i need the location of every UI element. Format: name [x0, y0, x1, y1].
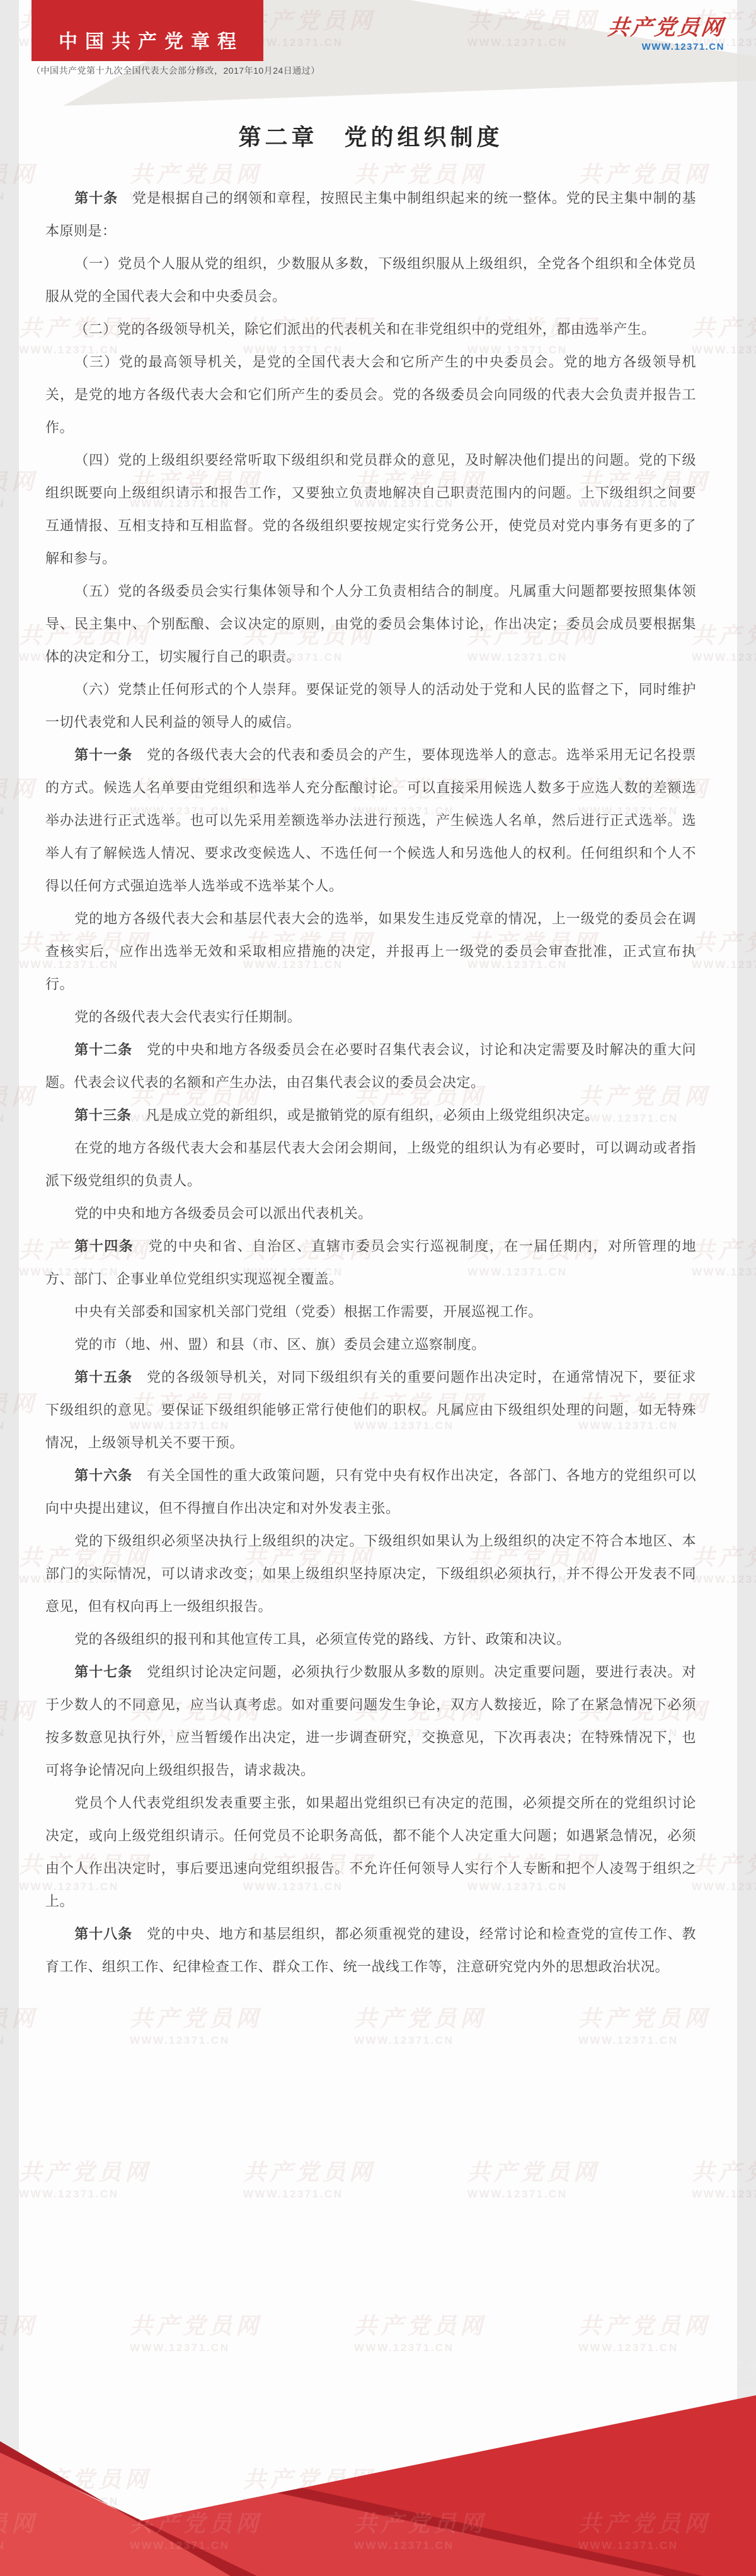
site-logo[interactable]: 共产党员网 WWW.12371.CN: [608, 10, 724, 52]
site-logo-url: WWW.12371.CN: [608, 42, 724, 52]
article-number: 第十一条: [74, 747, 132, 763]
article-paragraph: 第十六条 有关全国性的重大政策问题，只有党中央有权作出决定，各部门、各地方的党组…: [45, 1459, 696, 1525]
article-paragraph: （三）党的最高领导机关，是党的全国代表大会和它所产生的中央委员会。党的地方各级领…: [45, 346, 696, 444]
watermark-tile: 共产党员网WWW.12371.CN: [692, 2356, 756, 2398]
article-paragraph: 党的地方各级代表大会和基层代表大会的选举，如果发生违反党章的情况，上一级党的委员…: [45, 903, 696, 1001]
site-logo-calligraphy: 共产党员网: [606, 10, 726, 41]
article-paragraph: 党的各级代表大会代表实行任期制。: [45, 1001, 696, 1034]
document-title: 中国共产党章程: [51, 26, 244, 54]
article-number: 第十六条: [74, 1468, 132, 1483]
chapter-title: 第二章 党的组织制度: [45, 120, 696, 152]
article-paragraph: 在党的地方各级代表大会和基层代表大会闭会期间，上级党的组织认为有必要时，可以调动…: [45, 1132, 696, 1197]
article-number: 第十二条: [74, 1042, 132, 1057]
page: 共产党员网WWW.12371.CN共产党员网WWW.12371.CN共产党员网W…: [0, 0, 756, 2576]
article-paragraph: （四）党的上级组织要经常听取下级组织和党员群众的意见，及时解决他们提出的问题。党…: [45, 444, 696, 575]
article-number: 第十五条: [74, 1369, 132, 1385]
article-paragraph: 第十三条 凡是成立党的新组织，或是撤销党的原有组织，必须由上级党组织决定。: [45, 1099, 696, 1132]
article-paragraph: 党的市（地、州、盟）和县（市、区、旗）委员会建立巡察制度。: [45, 1328, 696, 1361]
watermark-tile: 共产党员网WWW.12371.CN: [467, 2356, 600, 2398]
article-paragraph: 党的各级组织的报刊和其他宣传工具，必须宣传党的路线、方针、政策和决议。: [45, 1623, 696, 1656]
article-paragraph: 第十条 党是根据自己的纲领和章程，按照民主集中制组织起来的统一整体。党的民主集中…: [45, 182, 696, 248]
article-number: 第十条: [74, 190, 118, 206]
watermark-tile: 共产党员网WWW.12371.CN: [243, 2356, 375, 2398]
article-paragraph: 党员个人代表党组织发表重要主张，如果超出党组织已有决定的范围，必须提交所在的党组…: [45, 1787, 696, 1918]
article-number: 第十四条: [74, 1238, 134, 1254]
article-paragraph: 第十四条 党的中央和省、自治区、直辖市委员会实行巡视制度，在一届任期内，对所管理…: [45, 1230, 696, 1296]
article-paragraph: 第十七条 党组织讨论决定问题，必须执行少数服从多数的原则。决定重要问题，要进行表…: [45, 1656, 696, 1787]
article-paragraph: （六）党禁止任何形式的个人崇拜。要保证党的领导人的活动处于党和人民的监督之下，同…: [45, 673, 696, 739]
article-paragraph: 党的中央和地方各级委员会可以派出代表机关。: [45, 1197, 696, 1230]
article-paragraph: （五）党的各级委员会实行集体领导和个人分工负责相结合的制度。凡属重大问题都要按照…: [45, 575, 696, 673]
article-paragraph: 第十五条 党的各级领导机关，对同下级组织有关的重要问题作出决定时，在通常情况下，…: [45, 1361, 696, 1459]
watermark-tile: 共产党员网WWW.12371.CN: [19, 2356, 151, 2398]
article-number: 第十八条: [74, 1926, 132, 1942]
document-content: 第二章 党的组织制度 第十条 党是根据自己的纲领和章程，按照民主集中制组织起来的…: [45, 120, 696, 1983]
article-paragraph: 第十八条 党的中央、地方和基层组织，都必须重视党的建设，经常讨论和检查党的宣传工…: [45, 1918, 696, 1983]
article-list: 第十条 党是根据自己的纲领和章程，按照民主集中制组织起来的统一整体。党的民主集中…: [45, 182, 696, 1983]
article-paragraph: 中央有关部委和国家机关部门党组（党委）根据工作需要，开展巡视工作。: [45, 1296, 696, 1328]
article-paragraph: （一）党员个人服从党的组织，少数服从多数，下级组织服从上级组织，全党各个组织和全…: [45, 248, 696, 313]
article-paragraph: 第十一条 党的各级代表大会的代表和委员会的产生，要体现选举人的意志。选举采用无记…: [45, 739, 696, 903]
revision-note: （中国共产党第十九次全国代表大会部分修改，2017年10月24日通过）: [31, 64, 320, 77]
document-title-banner: 中国共产党章程: [31, 0, 263, 61]
footer-decoration: 共产党员网WWW.12371.CN共产党员网WWW.12371.CN共产党员网W…: [0, 2349, 756, 2576]
article-paragraph: 第十二条 党的中央和地方各级委员会在必要时召集代表会议，讨论和决定需要及时解决的…: [45, 1034, 696, 1099]
article-number: 第十三条: [74, 1107, 131, 1123]
article-paragraph: （二）党的各级领导机关，除它们派出的代表机关和在非党组织中的党组外，都由选举产生…: [45, 313, 696, 346]
article-number: 第十七条: [74, 1664, 132, 1680]
article-paragraph: 党的下级组织必须坚决执行上级组织的决定。下级组织如果认为上级组织的决定不符合本地…: [45, 1525, 696, 1623]
